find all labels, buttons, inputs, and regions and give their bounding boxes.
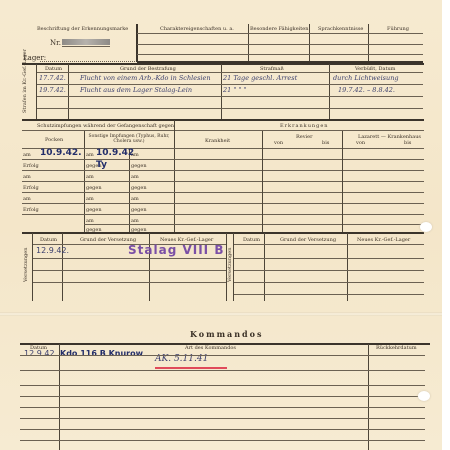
rule (234, 282, 424, 283)
rule (20, 429, 425, 430)
kommando-name-1: Kdo 116 B Knurow (60, 349, 143, 358)
lager-line (40, 61, 135, 62)
rule (175, 130, 424, 131)
transfers-side-label: Versetzungen (23, 248, 29, 283)
vaccinations-title: Schutzimpfungen während der Gefangenscha… (37, 123, 174, 129)
pocken-am-label: am (23, 152, 31, 158)
col-abilities: Besondere Fähigkeiten (250, 26, 308, 32)
header-divider (136, 24, 138, 62)
rule (234, 258, 424, 259)
punishment-date-2: 19.7.42. (39, 86, 66, 94)
divider (342, 131, 343, 232)
rule (84, 224, 424, 225)
punishment-served-2: 19.7.42. – 8.8.42. (338, 86, 395, 94)
label: am (23, 196, 31, 202)
rule (37, 96, 423, 97)
divider (248, 24, 249, 62)
rule (33, 270, 226, 271)
card-fold (0, 312, 442, 316)
divider (174, 120, 175, 232)
rule (37, 108, 423, 109)
rule (234, 270, 424, 271)
col-revier: Revier (296, 134, 313, 140)
transfer-date-1: 12.9.42. (36, 246, 69, 255)
rule (37, 72, 423, 73)
rule (20, 418, 425, 419)
revier-bis: bis (322, 140, 329, 146)
redacted-number (62, 39, 110, 45)
label: Erfolg (23, 207, 39, 213)
rule (22, 232, 424, 234)
col-lazarett: Lazarett — Krankenhaus (358, 134, 421, 140)
id-tag-label: Beschriftung der Erkennungsmarke (37, 26, 128, 32)
rule (234, 294, 424, 295)
punishment-penalty-1: 21 Tage geschl. Arrest (223, 74, 297, 82)
divider (368, 24, 369, 62)
divider (59, 344, 60, 450)
label: am (23, 174, 31, 180)
rule (137, 33, 423, 34)
other-am-label: am (86, 152, 94, 158)
transfer-col-reason-right: Grund der Versetzung (280, 237, 336, 243)
kommandos-title: Kommandos (190, 331, 263, 337)
col-other-vaccines: Sonstige Impfungen (Typhus, Ruhr, Choler… (86, 134, 172, 144)
punishment-reason-1: Flucht von einem Arb.-Kdo in Schlesien (80, 74, 211, 82)
nr-underline (62, 46, 110, 47)
other-against-stamp: Ty (96, 160, 107, 170)
rule (20, 407, 425, 408)
rule (33, 258, 226, 259)
label: am (131, 174, 139, 180)
rule (20, 355, 425, 356)
col-conduct: Führung (387, 26, 409, 32)
punishments-side-label: Strafen im Kr.-Gef.-Lager (22, 49, 28, 113)
label: Erfolg (23, 185, 39, 191)
col-character: Charaktereigenschaften u. a. (160, 26, 234, 32)
divider (368, 344, 369, 450)
kommando-date-1: 12.9.42. (24, 349, 57, 358)
label: Erfolg (23, 163, 39, 169)
rule (20, 370, 425, 371)
label: gegen (131, 163, 147, 169)
pocken-date-stamp: 10.9.42. (40, 148, 82, 158)
card-edge (442, 0, 450, 450)
punishment-date-1: 17.7.42. (39, 74, 66, 82)
rule (234, 244, 424, 245)
divider (309, 24, 310, 62)
revier-von: von (274, 140, 283, 146)
label: gegen (86, 185, 102, 191)
label: am (131, 152, 139, 158)
rule (20, 396, 425, 397)
col-illness: Krankheit (205, 138, 230, 144)
rule (22, 63, 424, 65)
transfer-col-date: Datum (40, 237, 57, 243)
label: am (86, 196, 94, 202)
red-underline (155, 367, 227, 369)
label: gegen (86, 207, 102, 213)
rule (33, 282, 226, 283)
punishment-served-1: durch Lichtweisung (333, 74, 399, 82)
rule (22, 203, 424, 204)
label: gegen (131, 185, 147, 191)
lazarett-bis: bis (404, 140, 411, 146)
nr-label: Nr. (50, 40, 61, 46)
punch-hole-top (420, 222, 432, 232)
lazarett-von: von (356, 140, 365, 146)
punch-hole-bottom (418, 391, 430, 401)
rule (20, 440, 425, 441)
stalag-stamp: Stalag VIII B (128, 243, 224, 257)
rule (137, 44, 423, 45)
label: am (86, 174, 94, 180)
rule (22, 119, 424, 121)
col-pocken: Pocken (45, 137, 63, 143)
rule (22, 170, 424, 171)
illnesses-title: Erkrankungen (280, 123, 329, 129)
rule (22, 159, 424, 160)
rule (137, 54, 423, 55)
label: am (131, 196, 139, 202)
rule (22, 192, 424, 193)
rule (22, 214, 424, 215)
rule (22, 181, 424, 182)
kommando-col-return: Rückkehrdatum (376, 345, 417, 351)
divider (129, 148, 130, 232)
rule (22, 148, 424, 149)
other-date-stamp: 10.9.42 (96, 148, 134, 158)
rule (22, 130, 174, 131)
transfers-side-label-right: Versetzungen (227, 248, 233, 283)
label: gegen (131, 207, 147, 213)
punishment-penalty-2: 21 " " " (223, 86, 246, 94)
kommando-col-type: Art des Kommandos (185, 345, 236, 351)
transfer-col-date-right: Datum (243, 237, 260, 243)
transfer-col-camp-right: Neues Kr.-Gef.-Lager (357, 237, 410, 243)
rule (20, 385, 425, 386)
col-languages: Sprachkenntnisse (318, 26, 363, 32)
rule (37, 84, 423, 85)
punishment-reason-2: Flucht aus dem Lager Stalag-Lein (80, 86, 192, 94)
divider (262, 131, 263, 232)
